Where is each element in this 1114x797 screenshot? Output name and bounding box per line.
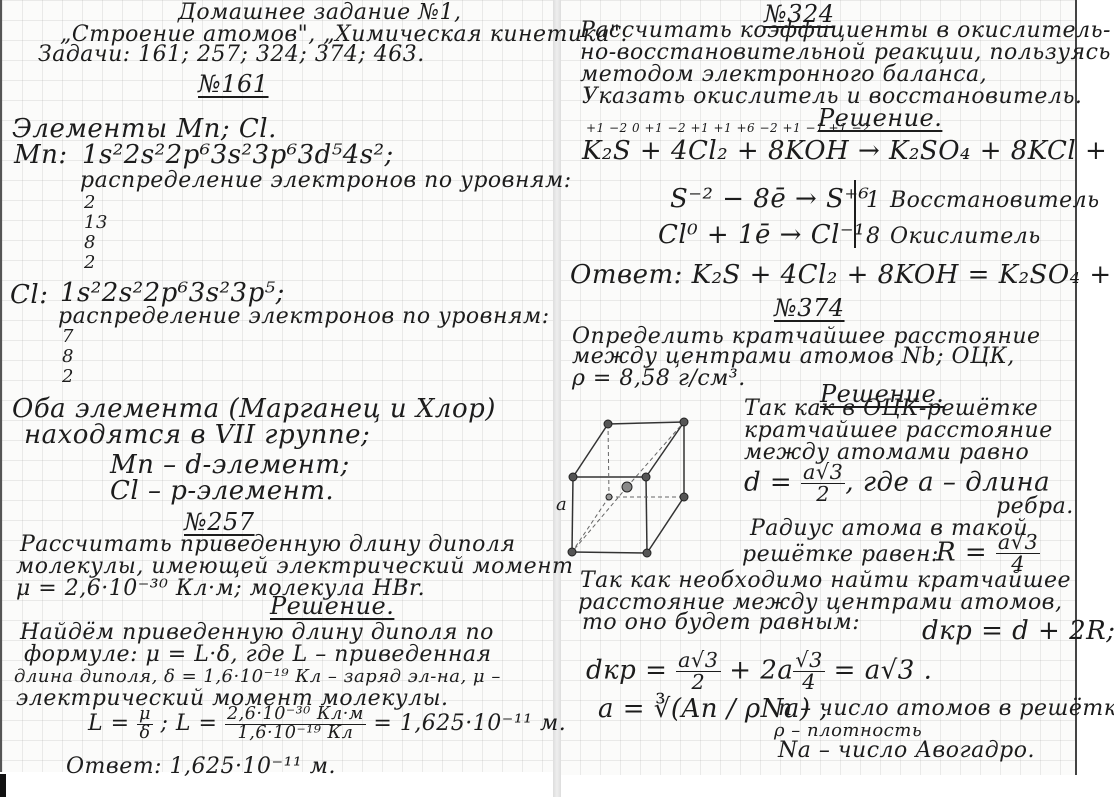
mn-level-4: 2: [84, 254, 96, 272]
half-reaction-2: Cl⁰ + 1ē → Cl⁻¹: [658, 222, 865, 248]
task-257-answer: Ответ: 1,625·10⁻¹¹ м.: [66, 756, 336, 778]
half-reaction-1-coefficient: 1: [866, 190, 881, 212]
oxidation-states: +1 −2 0 +1 −2 +1 +1 +6 −2 +1 −1 +1 −2: [586, 122, 870, 134]
dipole-calc-fraction: 2,6·10⁻³⁰ Кл·м1,6·10⁻¹⁹ Кл: [225, 706, 366, 742]
half-reaction-2-coefficient: 8: [866, 226, 881, 248]
cl-element-type: Cl – p-элемент.: [110, 478, 334, 504]
d-fraction: a√32: [801, 462, 845, 505]
task-374-text-1: Так как в ОЦК-решётке: [744, 398, 1038, 420]
cl-level-3: 2: [62, 368, 74, 386]
cl-distribution-label: распределение электронов по уровням:: [58, 306, 550, 328]
mn-element-type: Mn – d-элемент;: [110, 452, 350, 478]
legend-n: n – число атомов в решётке,: [778, 698, 1114, 720]
task-257-text-1: Найдём приведенную длину диполя по: [20, 622, 494, 644]
redox-equation: K₂S + 4Cl₂ + 8KOH → K₂SO₄ + 8KCl + 4H₂O: [582, 138, 1114, 164]
half-reaction-1: S⁻² − 8ē → S⁺⁶: [670, 186, 869, 212]
task-374-title: №374: [774, 296, 845, 320]
conclusion-line-2: находятся в VII группе;: [24, 422, 370, 448]
dipole-formula-mid: ; L =: [160, 711, 217, 736]
dkr-definition: dкр = d + 2R;: [922, 618, 1114, 644]
mn-level-1: 2: [84, 194, 96, 212]
homework-tasks: Задачи: 161; 257; 324; 374; 463.: [38, 44, 425, 66]
task-257-title: №257: [184, 510, 255, 534]
task-257-text-3: длина диполя, δ = 1,6·10⁻¹⁹ Кл – заряд э…: [14, 668, 501, 686]
half-reaction-1-role: Восстановитель: [890, 190, 1100, 212]
dipole-calc-result: = 1,625·10⁻¹¹ м.: [373, 711, 566, 736]
task-324-answer: Ответ: K₂S + 4Cl₂ + 8KOH = K₂SO₄ + 8KCl …: [570, 262, 1114, 288]
half-reaction-2-role: Окислитель: [890, 226, 1041, 248]
task-257-text-2: формуле: μ = L·δ, где L – приведенная: [24, 644, 492, 666]
task-374-text-6: решётке равен:: [742, 544, 939, 566]
task-374-statement-3: ρ = 8,58 г/см³.: [572, 368, 746, 390]
task-257-statement-1: Рассчитать приведенную длину диполя: [20, 534, 516, 556]
conclusion-line-1: Оба элемента (Марганец и Хлор): [12, 396, 496, 422]
dipole-formula: L = μδ ; L = 2,6·10⁻³⁰ Кл·м1,6·10⁻¹⁹ Кл …: [88, 706, 566, 742]
mn-electron-config: 1s²2s²2p⁶3s²3p⁶3d⁵4s²;: [82, 142, 394, 168]
task-374-statement-2: между центрами атомов Nb; ОЦК,: [572, 346, 1015, 368]
dipole-formula-lhs: L =: [88, 711, 130, 736]
mn-distribution-label: распределение электронов по уровням:: [80, 170, 572, 192]
task-161-title: №161: [198, 72, 269, 96]
mn-label: Mn:: [14, 142, 68, 168]
cl-electron-config: 1s²2s²2p⁶3s²3p⁵;: [60, 280, 285, 306]
scan-edge-mark: [0, 774, 6, 797]
task-374-text-3: между атомами равно: [744, 442, 1029, 464]
task-257-statement-2: молекулы, имеющей электрический момент: [16, 556, 574, 578]
notebook-spine: [553, 0, 561, 797]
cl-label: Cl:: [10, 282, 48, 308]
task-374-text-2: кратчайшее расстояние: [744, 420, 1053, 442]
task-374-text-9: то оно будет равным:: [582, 612, 860, 634]
task-324-statement-2: но-восстановительной реакции, пользуясь: [580, 42, 1111, 64]
task-324-statement-1: Рассчитать коэффициенты в окислитель-: [580, 20, 1111, 42]
legend-na: Na – число Авогадро.: [778, 740, 1035, 762]
homework-title: Домашнее задание №1,: [178, 2, 462, 24]
task-374-text-7: Так как необходимо найти кратчайшее: [580, 570, 1071, 592]
task-324-statement-3: методом электронного баланса,: [580, 64, 987, 86]
mn-level-3: 8: [84, 234, 96, 252]
dkr-calculation: dкр = a√32 + 2a√34 = a√3 .: [586, 650, 932, 693]
cube-edge-label: a: [556, 496, 567, 514]
mn-level-2: 13: [84, 214, 108, 232]
task-257-solution-label: Решение.: [270, 594, 394, 618]
cl-level-1: 7: [62, 328, 74, 346]
task-161-elements: Элементы Mn; Cl.: [12, 116, 277, 142]
bcc-unit-cell-diagram: [560, 410, 700, 570]
task-374-text-4: ребра.: [996, 496, 1074, 518]
dipole-fraction: μδ: [137, 706, 153, 742]
cl-level-2: 8: [62, 348, 74, 366]
